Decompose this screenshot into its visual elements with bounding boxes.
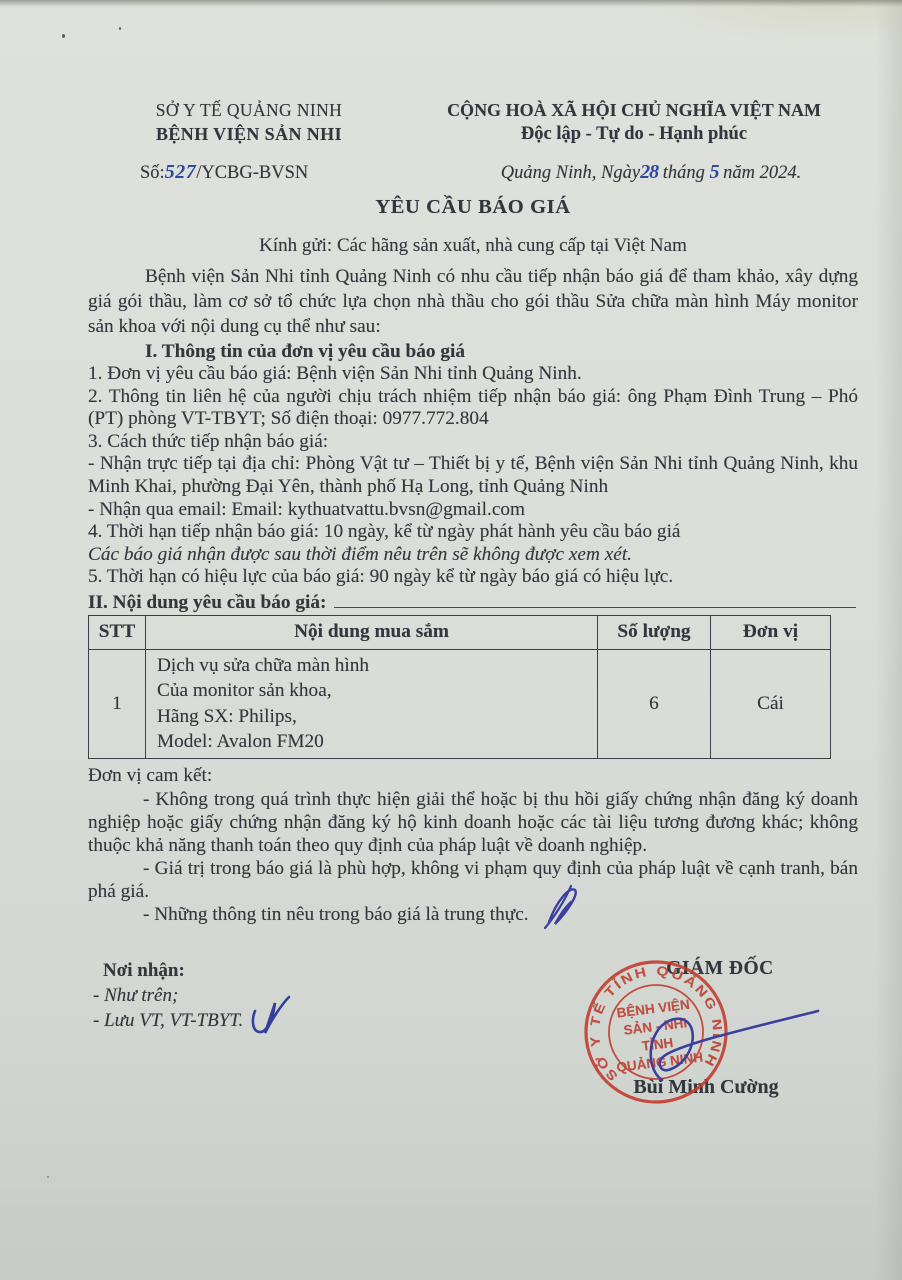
pen-check-mark — [247, 993, 293, 1041]
heading-rule — [334, 607, 856, 608]
date-month-handwritten: 5 — [709, 161, 718, 183]
request-item-5: 5. Thời hạn có hiệu lực của báo giá: 90 … — [88, 566, 858, 589]
header: SỞ Y TẾ QUẢNG NINH BỆNH VIỆN SẢN NHI CỘN… — [88, 98, 858, 146]
national-title: CỘNG HOÀ XÃ HỘI CHỦ NGHĨA VIỆT NAM — [410, 98, 858, 122]
col-header-quantity: Số lượng — [598, 615, 711, 649]
section-2-heading: II. Nội dung yêu cầu báo giá: — [88, 591, 326, 614]
section-1-heading: I. Thông tin của đơn vị yêu cầu báo giá — [88, 340, 858, 363]
cell-quantity: 6 — [598, 649, 711, 758]
doc-title: YÊU CẦU BÁO GIÁ — [88, 194, 858, 221]
recipients-block: Nơi nhận: - Như trên; - Lưu VT, VT-TBYT. — [93, 958, 263, 1033]
request-item-2: 2. Thông tin liên hệ của người chịu trác… — [88, 386, 858, 431]
recipients-heading: Nơi nhận: — [93, 958, 263, 983]
request-item-4: 4. Thời hạn tiếp nhận báo giá: 10 ngày, … — [88, 521, 858, 544]
cell-unit: Cái — [711, 649, 831, 758]
date-prefix: Quảng Ninh, Ngày — [501, 163, 640, 183]
doc-meta-row: Số:527/YCBG-BVSN Quảng Ninh, Ngày28 thán… — [88, 161, 858, 184]
col-header-stt: STT — [89, 615, 146, 649]
org-name: BỆNH VIỆN SẢN NHI — [88, 122, 410, 146]
doc-number-label: Số: — [140, 163, 165, 183]
section-2-heading-row: II. Nội dung yêu cầu báo giá: — [88, 591, 858, 614]
request-item-4-note: Các báo giá nhận được sau thời điểm nêu … — [88, 544, 858, 567]
table-row: 1 Dịch vụ sửa chữa màn hình Của monitor … — [89, 649, 831, 758]
doc-number-handwritten: 527 — [165, 161, 197, 183]
national-header-block: CỘNG HOÀ XÃ HỘI CHỦ NGHĨA VIỆT NAM Độc l… — [410, 98, 858, 146]
recipient-item-2-text: - Lưu VT, VT-TBYT. — [93, 1010, 243, 1031]
content-line: Dịch vụ sửa chữa màn hình — [157, 653, 589, 679]
request-item-1: 1. Đơn vị yêu cầu báo giá: Bệnh viện Sản… — [88, 363, 858, 386]
content-line: Hãng SX: Philips, — [157, 704, 589, 730]
doc-number: Số:527/YCBG-BVSN — [88, 161, 308, 184]
date-day-handwritten: 28 — [640, 161, 658, 183]
commitment-item-3-text: - Những thông tin nêu trong báo giá là t… — [143, 904, 529, 925]
paper-speck — [47, 1176, 49, 1178]
request-item-3: 3. Cách thức tiếp nhận báo giá: — [88, 431, 858, 454]
signature-stroke — [630, 1000, 840, 1095]
commitment-item-1: - Không trong quá trình thực hiện giải t… — [88, 788, 858, 857]
items-table: STT Nội dung mua sắm Số lượng Đơn vị 1 D… — [88, 615, 831, 759]
commitment-heading: Đơn vị cam kết: — [88, 764, 858, 788]
table-header-row: STT Nội dung mua sắm Số lượng Đơn vị — [89, 615, 831, 649]
salutation: Kính gửi: Các hãng sản xuất, nhà cung cấ… — [88, 233, 858, 259]
request-item-3b: - Nhận qua email: Email: kythuatvattu.bv… — [88, 499, 858, 522]
document-page: SỞ Y TẾ QUẢNG NINH BỆNH VIỆN SẢN NHI CỘN… — [0, 0, 902, 1280]
date-mid: tháng — [663, 163, 705, 183]
cell-content: Dịch vụ sửa chữa màn hình Của monitor sả… — [146, 649, 598, 758]
recipient-item-1: - Như trên; — [93, 983, 263, 1008]
paper-speck — [62, 34, 65, 38]
date-suffix: năm 2024. — [723, 163, 801, 183]
pen-initial-mark — [537, 880, 589, 932]
col-header-unit: Đơn vị — [711, 615, 831, 649]
col-header-content: Nội dung mua sắm — [146, 615, 598, 649]
cell-stt: 1 — [89, 649, 146, 758]
national-motto: Độc lập - Tự do - Hạnh phúc — [410, 122, 858, 146]
org-parent-name: SỞ Y TẾ QUẢNG NINH — [88, 98, 410, 122]
issuing-org-block: SỞ Y TẾ QUẢNG NINH BỆNH VIỆN SẢN NHI — [88, 98, 410, 146]
commitment-item-2: - Giá trị trong báo giá là phù hợp, khôn… — [88, 857, 858, 903]
paper-speck — [119, 27, 121, 30]
content-line: Của monitor sản khoa, — [157, 678, 589, 704]
content-line: Model: Avalon FM20 — [157, 729, 589, 755]
commitment-item-3: - Những thông tin nêu trong báo giá là t… — [88, 903, 858, 926]
intro-paragraph: Bệnh viện Sản Nhi tỉnh Quảng Ninh có nhu… — [88, 264, 858, 339]
recipient-item-2: - Lưu VT, VT-TBYT. — [93, 1008, 263, 1033]
request-item-3a: - Nhận trực tiếp tại địa chỉ: Phòng Vật … — [88, 453, 858, 498]
document-content: SỞ Y TẾ QUẢNG NINH BỆNH VIỆN SẢN NHI CỘN… — [88, 98, 858, 926]
issue-date: Quảng Ninh, Ngày28 tháng 5 năm 2024. — [432, 161, 870, 184]
doc-number-suffix: /YCBG-BVSN — [196, 163, 308, 183]
